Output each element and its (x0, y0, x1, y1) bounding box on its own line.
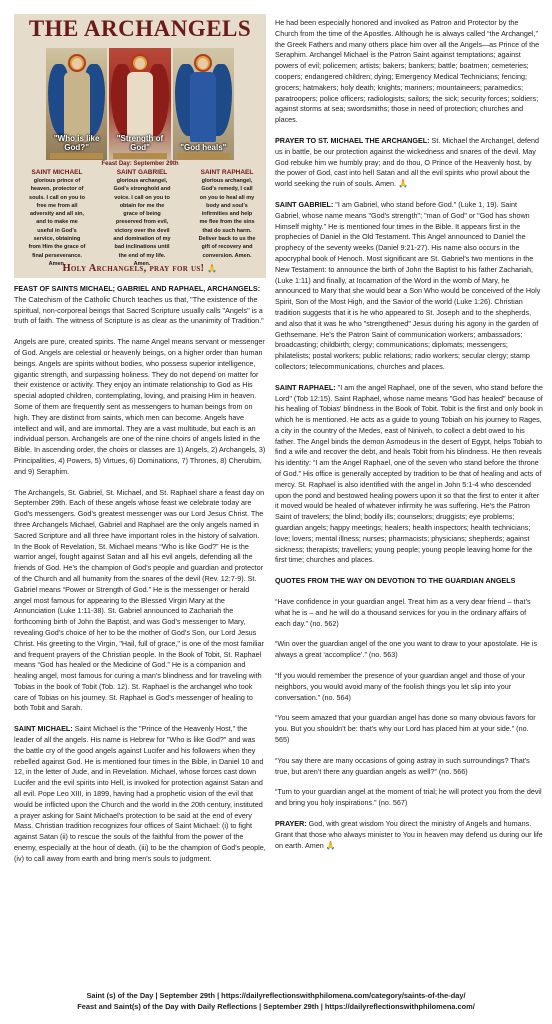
panel-saint-michael: "Who is like God?" (46, 48, 107, 160)
praying-hands-icon: 🙏 (326, 842, 336, 850)
poster-footer: Holy Archangels, pray for us! 🙏 (14, 263, 266, 274)
poster-footer-text: Holy Archangels, pray for us! (62, 263, 204, 274)
nameplate (113, 153, 166, 159)
saint-name: SAINT RAPHAEL (198, 169, 256, 176)
poster-title: THE ARCHANGELS (14, 16, 266, 42)
saint-raphael-paragraph: SAINT RAPHAEL: "I am the angel Raphael, … (275, 383, 543, 567)
robe-shape (190, 72, 216, 142)
saint-gabriel-column: SAINT GABRIEL glorious archangel, God's … (113, 169, 171, 268)
saint-raphael-label: SAINT RAPHAEL: (275, 383, 336, 392)
quote-item: “Have confidence in your guardian angel.… (275, 597, 543, 629)
nameplate (177, 153, 230, 159)
right-column: He had been especially honored and invok… (275, 18, 543, 861)
quotes-heading: QUOTES FROM THE WAY ON DEVOTION TO THE G… (275, 576, 543, 587)
quote-item: “You say there are many occasions of goi… (275, 756, 543, 778)
prayer-st-michael-paragraph: PRAYER TO ST. MICHAEL THE ARCHANGEL: St.… (275, 136, 543, 190)
robe-shape (127, 72, 153, 142)
saint-prayer: glorious archangel, God's remedy, I call… (198, 177, 256, 260)
panel-saint-raphael: "God heals" (173, 48, 234, 160)
closing-prayer-paragraph: PRAYER: God, with great wisdom You direc… (275, 819, 543, 851)
saint-michael-paragraph: SAINT MICHAEL: Saint Michael is the "Pri… (14, 724, 266, 864)
panel-caption: "Who is like God?" (46, 134, 107, 152)
saint-gabriel-label: SAINT GABRIEL: (275, 200, 333, 209)
saint-prayer: glorious archangel, God's stronghold and… (113, 177, 171, 268)
saint-prayer: glorious prince of heaven, protector of … (28, 177, 86, 268)
saint-michael-text: Saint Michael is the "Prince of the Heav… (14, 724, 266, 863)
page: THE ARCHANGELS "Who is like God?" (0, 0, 552, 1024)
intro-label: FEAST OF SAINTS MICHAEL; GABRIEL AND RAP… (14, 284, 260, 293)
panel-caption: "Strength of God" (109, 134, 170, 152)
saint-gabriel-text: "I am Gabriel, who stand before God." (L… (275, 200, 540, 371)
praying-hands-icon: 🙏 (398, 180, 408, 188)
quote-item: “Turn to your guardian angel at the mome… (275, 787, 543, 809)
panel-caption: "God heals" (173, 143, 234, 152)
page-footer: Saint (s) of the Day | September 29th | … (0, 990, 552, 1012)
saint-gabriel-paragraph: SAINT GABRIEL: "I am Gabriel, who stand … (275, 200, 543, 373)
closing-prayer-label: PRAYER: (275, 819, 307, 828)
saint-name: SAINT MICHAEL (28, 169, 86, 176)
face-shape (72, 58, 82, 69)
intro-text: The Catechism of the Catholic Church tea… (14, 295, 264, 326)
saint-name: SAINT GABRIEL (113, 169, 171, 176)
poster-panels: "Who is like God?" "Strength of God" (46, 48, 234, 160)
quote-item: “Win over the guardian angel of the one … (275, 639, 543, 661)
face-shape (135, 58, 145, 69)
robe-shape (64, 72, 90, 142)
archangels-poster-image: THE ARCHANGELS "Who is like God?" (14, 14, 266, 278)
archangels-paragraph: The Archangels, St. Gabriel, St. Michael… (14, 488, 266, 715)
saint-michael-column: SAINT MICHAEL glorious prince of heaven,… (28, 169, 86, 268)
saint-raphael-column: SAINT RAPHAEL glorious archangel, God's … (198, 169, 256, 268)
closing-prayer-text: God, with great wisdom You direct the mi… (275, 819, 543, 850)
quote-item: “If you would remember the presence of y… (275, 671, 543, 703)
angels-paragraph: Angels are pure, created spirits. The na… (14, 337, 266, 477)
saint-prayers: SAINT MICHAEL glorious prince of heaven,… (24, 169, 256, 268)
saint-michael-continued: He had been especially honored and invok… (275, 18, 543, 126)
quote-item: “You seem amazed that your guardian ange… (275, 713, 543, 745)
footer-line-home-url: Feast and Saint(s) of the Day with Daily… (0, 1001, 552, 1012)
saint-raphael-text: "I am the angel Raphael, one of the seve… (275, 383, 543, 565)
prayer-st-michael-label: PRAYER TO ST. MICHAEL THE ARCHANGEL: (275, 136, 430, 145)
praying-hands-icon: 🙏 (207, 265, 217, 273)
feast-day-label: Feast Day: September 29th (14, 161, 266, 167)
footer-line-saints-url: Saint (s) of the Day | September 29th | … (0, 990, 552, 1001)
intro-paragraph: FEAST OF SAINTS MICHAEL; GABRIEL AND RAP… (14, 284, 266, 327)
left-column: THE ARCHANGELS "Who is like God?" (14, 14, 266, 875)
nameplate (50, 153, 103, 159)
panel-saint-gabriel: "Strength of God" (109, 48, 170, 160)
saint-michael-label: SAINT MICHAEL: (14, 724, 73, 733)
